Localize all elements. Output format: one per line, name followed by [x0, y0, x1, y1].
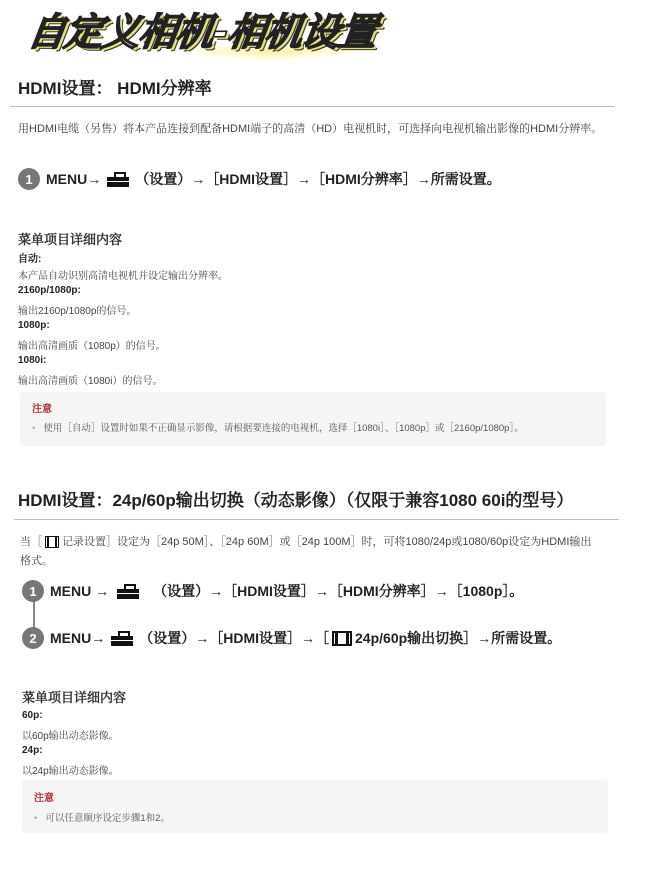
step-path: 24p/60p输出切换］→所需设置。 — [355, 628, 561, 648]
details-heading: 菜单项目详细内容 — [22, 687, 126, 706]
divider — [14, 519, 619, 520]
item-term: 2160p/1080p: — [18, 285, 81, 296]
section2-step-2: 2 MENU→ （设置）→［HDMI设置］→［ 24p/60p输出切换］→所需设… — [22, 627, 561, 649]
item-term: 1080i: — [18, 355, 46, 366]
section2-step-1: 1 MENU → （设置）→［HDMI设置］→［HDMI分辨率］→［1080p］… — [22, 580, 523, 602]
item-term: 自动: — [18, 250, 41, 265]
divider — [10, 106, 615, 107]
banner: 自定义相机-相机设置 — [28, 8, 388, 58]
step-menu-label: MENU→ — [50, 630, 105, 646]
note-item: •可以任意顺序设定步骤1和2。 — [34, 810, 170, 824]
step-menu-label: MENU → — [50, 583, 109, 599]
section1-intro: 用HDMI电缆（另售）将本产品连接到配备HDMI端子的高清（HD）电视机时，可选… — [18, 120, 608, 139]
movie-film-icon — [332, 631, 352, 646]
item-desc: 以60p输出动态影像。 — [22, 727, 119, 742]
note-box: 注意 •使用［自动］设置时如果不正确显示影像，请根据要连接的电视机，选择［108… — [20, 392, 606, 446]
item-desc: 本产品自动识别高清电视机并设定输出分辨率。 — [18, 267, 228, 282]
details-heading: 菜单项目详细内容 — [18, 229, 122, 248]
step-number-badge: 2 — [22, 627, 44, 649]
note-item: •使用［自动］设置时如果不正确显示影像，请根据要连接的电视机，选择［1080i］… — [32, 420, 524, 434]
step-menu-label: MENU→ — [46, 171, 101, 187]
toolbox-icon — [117, 584, 139, 599]
item-desc: 输出高清画质（1080p）的信号。 — [18, 337, 166, 352]
note-box: 注意 •可以任意顺序设定步骤1和2。 — [22, 780, 608, 833]
step-path: （设置）→［HDMI设置］→［HDMI分辨率］→［1080p］。 — [153, 581, 523, 601]
step-path: （设置）→［HDMI设置］→［ — [139, 628, 329, 648]
item-desc: 输出高清画质（1080i）的信号。 — [18, 372, 162, 387]
toolbox-icon — [111, 631, 133, 646]
item-term: 1080p: — [18, 320, 50, 331]
section2-intro: 当［记录设置］设定为［24p 50M］、［24p 60M］或［24p 100M］… — [20, 533, 600, 571]
banner-title: 自定义相机-相机设置 — [25, 8, 380, 56]
section1-step-1: 1 MENU→ （设置）→［HDMI设置］→［HDMI分辨率］→所需设置。 — [18, 168, 501, 190]
note-title: 注意 — [32, 400, 52, 415]
item-term: 24p: — [22, 745, 43, 756]
toolbox-icon — [107, 172, 129, 187]
item-desc: 以24p输出动态影像。 — [22, 762, 119, 777]
section-title-24p-60p: HDMI设置：24p/60p输出切换（动态影像）（仅限于兼容1080 60i的型… — [18, 486, 573, 511]
movie-film-icon — [45, 536, 59, 548]
step-number-badge: 1 — [22, 580, 44, 602]
item-term: 60p: — [22, 710, 43, 721]
section-title-hdmi-resolution: HDMI设置： HDMI分辨率 — [18, 74, 212, 99]
item-desc: 输出2160p/1080p的信号。 — [18, 302, 136, 317]
note-title: 注意 — [34, 789, 54, 804]
step-number-badge: 1 — [18, 168, 40, 190]
step-path: （设置）→［HDMI设置］→［HDMI分辨率］→所需设置。 — [135, 169, 501, 189]
